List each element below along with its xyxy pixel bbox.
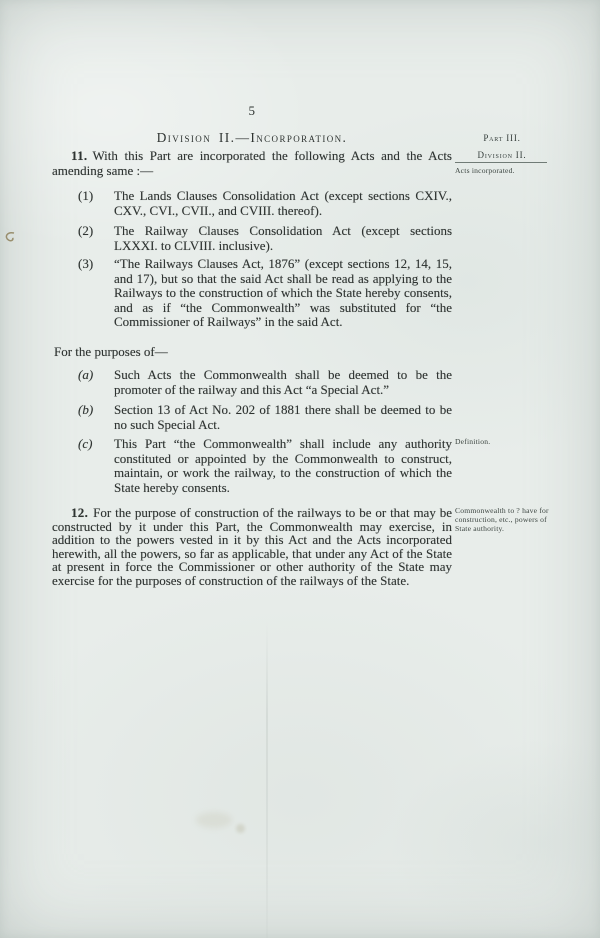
clause-11-number: 11. (71, 148, 87, 163)
acts-item-2-text: The Railway Clauses Consolidation Act (e… (114, 223, 452, 253)
scanned-document-page: 5 Division II.—Incorporation. 11.With th… (0, 0, 600, 938)
margin-note-commonwealth-powers: Commonwealth to ? have for construction,… (455, 506, 549, 533)
margin-note-acts-incorporated: Acts incorporated. (455, 166, 549, 175)
clause-11-paragraph: 11.With this Part are incorporated the f… (52, 149, 452, 178)
purposes-list-item-c: (c) This Part “the Commonwealth” shall i… (52, 437, 452, 495)
acts-list-item-3: (3) “The Railways Clauses Act, 1876” (ex… (52, 257, 452, 330)
page-number: 5 (52, 103, 452, 119)
paper-stain (236, 824, 245, 833)
division-heading: Division II.—Incorporation. (52, 130, 452, 146)
margin-note-definition: Definition. (455, 437, 549, 446)
clause-11-text: With this Part are incorporated the foll… (52, 148, 452, 178)
purposes-item-a-text: Such Acts the Commonwealth shall be deem… (114, 367, 452, 397)
acts-item-1-marker: (1) (78, 189, 93, 204)
acts-item-2-marker: (2) (78, 224, 93, 239)
acts-item-3-text: “The Railways Clauses Act, 1876” (except… (114, 256, 452, 329)
paper-stain (196, 812, 232, 828)
ink-mark-artifact (2, 229, 17, 249)
purposes-item-a-marker: (a) (78, 368, 93, 383)
purposes-intro: For the purposes of— (54, 344, 452, 360)
acts-list-item-2: (2) The Railway Clauses Consolidation Ac… (52, 224, 452, 253)
purposes-item-b-text: Section 13 of Act No. 202 of 1881 there … (114, 402, 452, 432)
margin-rule (455, 162, 547, 163)
purposes-item-c-marker: (c) (78, 437, 92, 452)
acts-list-item-1: (1) The Lands Clauses Consolidation Act … (52, 189, 452, 218)
purposes-list-item-b: (b) Section 13 of Act No. 202 of 1881 th… (52, 403, 452, 432)
acts-item-3-marker: (3) (78, 257, 93, 272)
acts-item-1-text: The Lands Clauses Consolidation Act (exc… (114, 188, 452, 218)
clause-12-text: For the purpose of construction of the r… (52, 505, 452, 588)
clause-12-paragraph: 12.For the purpose of construction of th… (52, 506, 452, 587)
purposes-list-item-a: (a) Such Acts the Commonwealth shall be … (52, 368, 452, 397)
paper-fold-line (266, 620, 268, 938)
margin-note-division: Division II. (455, 150, 549, 160)
purposes-item-c-text: This Part “the Commonwealth” shall inclu… (114, 436, 452, 495)
margin-note-part: Part III. (455, 133, 549, 143)
purposes-item-b-marker: (b) (78, 403, 93, 418)
